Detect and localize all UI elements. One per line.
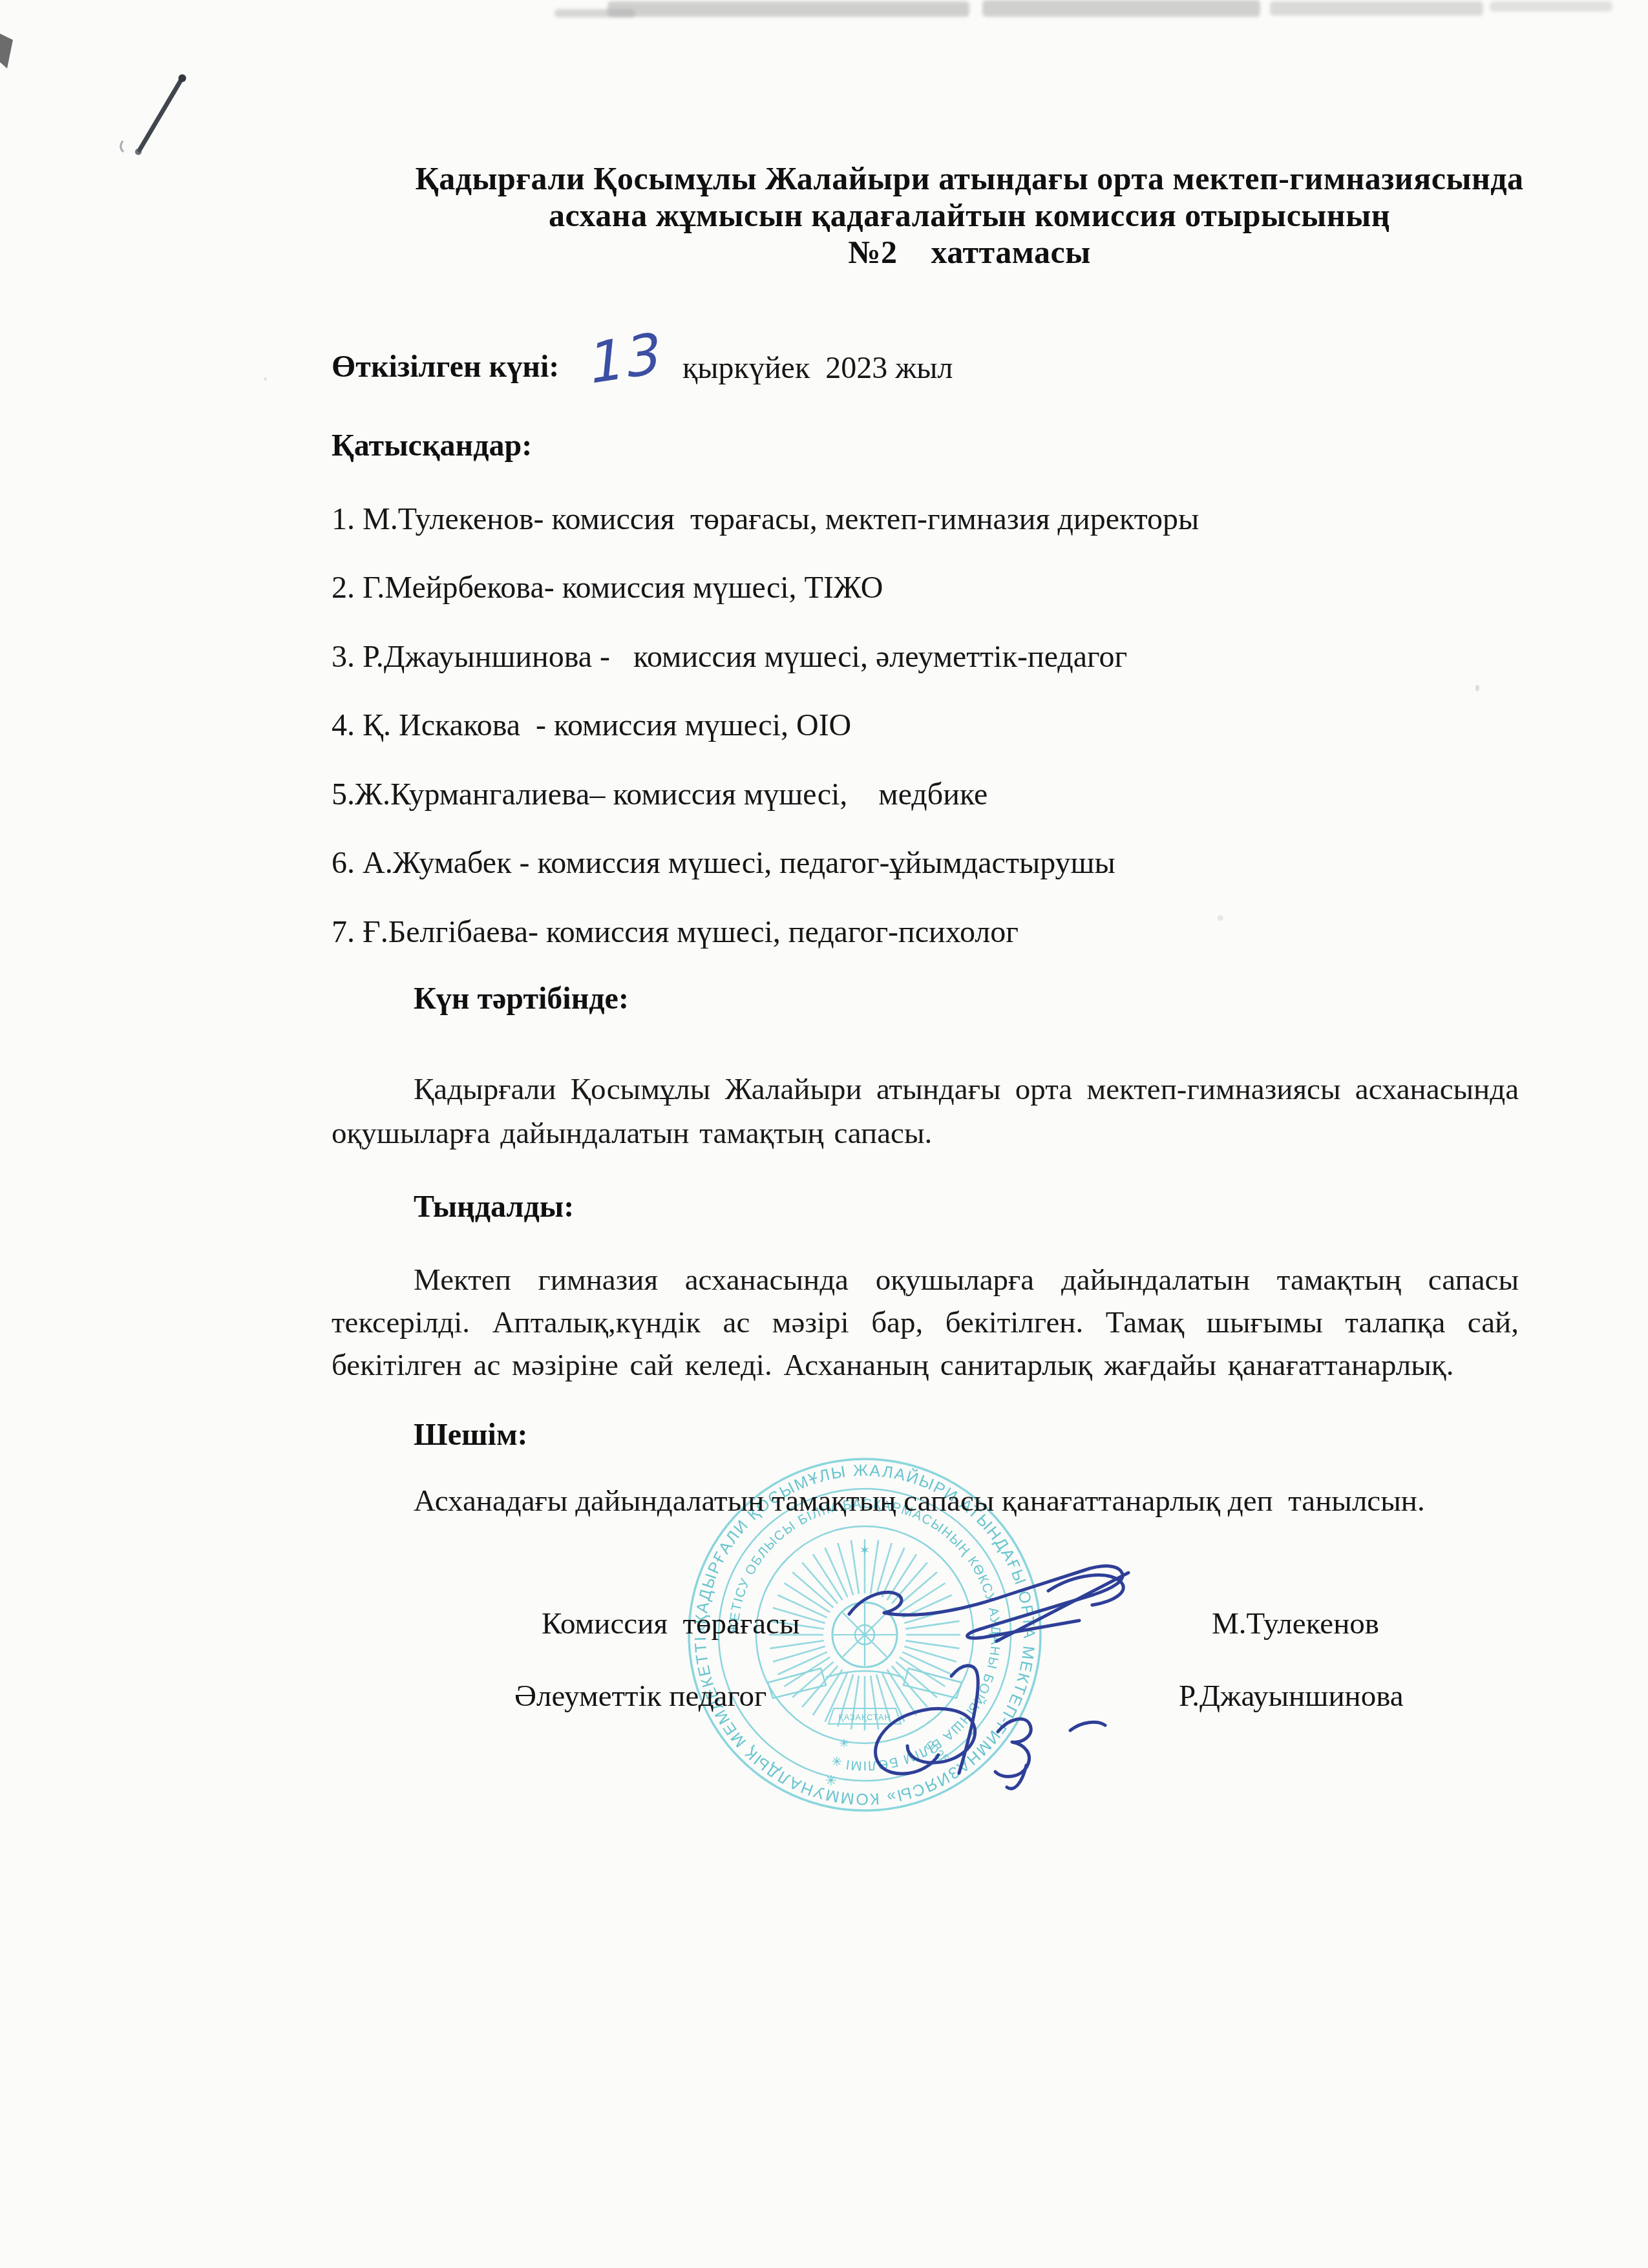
participant-item: 6. А.Жумабек - комиссия мүшесі, педагог-… — [332, 829, 1592, 898]
participant-item: 4. Қ. Искакова - комиссия мүшесі, ОІО — [332, 691, 1592, 761]
signature-role-chairman: Комиссия төрағасы — [542, 1606, 799, 1641]
signature-role-social-pedagog: Әлеуметтік педагог — [514, 1679, 766, 1714]
signature-name-social-pedagog: Р.Джауыншинова — [1179, 1679, 1404, 1714]
participants-heading: Қатысқандар: — [332, 428, 532, 463]
document-text-layer: Қадырғали Қосымұлы Жалайыри атындағы орт… — [0, 0, 1648, 2268]
document-title: Қадырғали Қосымұлы Жалайыри атындағы орт… — [362, 160, 1577, 271]
decision-text: Асханадағы дайындалатын тамақтың сапасы … — [414, 1484, 1577, 1518]
date-value: қыркүйек 2023 жыл — [682, 350, 953, 386]
pen-slash-mark — [110, 58, 207, 174]
signature-ink-social-pedagog — [840, 1649, 1150, 1798]
participants-list: 1. М.Тулекенов- комиссия төрағасы, мекте… — [332, 485, 1592, 967]
decision-heading: Шешім: — [414, 1417, 528, 1453]
handwritten-day: 13 — [587, 325, 666, 392]
participant-item: 7. Ғ.Белгібаева- комиссия мүшесі, педаго… — [332, 898, 1592, 967]
participant-item: 5.Ж.Курмангалиева– комиссия мүшесі, медб… — [332, 760, 1592, 829]
heard-text: Мектеп гимназия асханасында оқушыларға д… — [332, 1259, 1519, 1387]
title-line-3: №2 хаттамасы — [362, 234, 1577, 271]
agenda-text: Қадырғали Қосымұлы Жалайыри атындағы орт… — [332, 1067, 1519, 1155]
signature-name-chairman: М.Тулекенов — [1212, 1606, 1379, 1641]
participant-item: 2. Г.Мейрбекова- комиссия мүшесі, ТІЖО — [332, 554, 1592, 623]
title-line-2: асхана жұмысын қадағалайтын комиссия оты… — [362, 197, 1577, 234]
heard-heading: Тыңдалды: — [414, 1189, 574, 1224]
participant-item: 3. Р.Джауыншинова - комиссия мүшесі, әле… — [332, 622, 1592, 691]
participant-item: 1. М.Тулекенов- комиссия төрағасы, мекте… — [332, 485, 1592, 554]
scanned-document-page: «ҚАДЫРҒАЛИ ҚОСЫМҰЛЫ ЖАЛАЙЫРИ АТЫНДАҒЫ ОР… — [0, 0, 1648, 2268]
agenda-heading: Күн тәртібінде: — [414, 981, 629, 1016]
title-line-1: Қадырғали Қосымұлы Жалайыри атындағы орт… — [362, 160, 1577, 197]
date-label: Өткізілген күні: — [332, 349, 559, 384]
